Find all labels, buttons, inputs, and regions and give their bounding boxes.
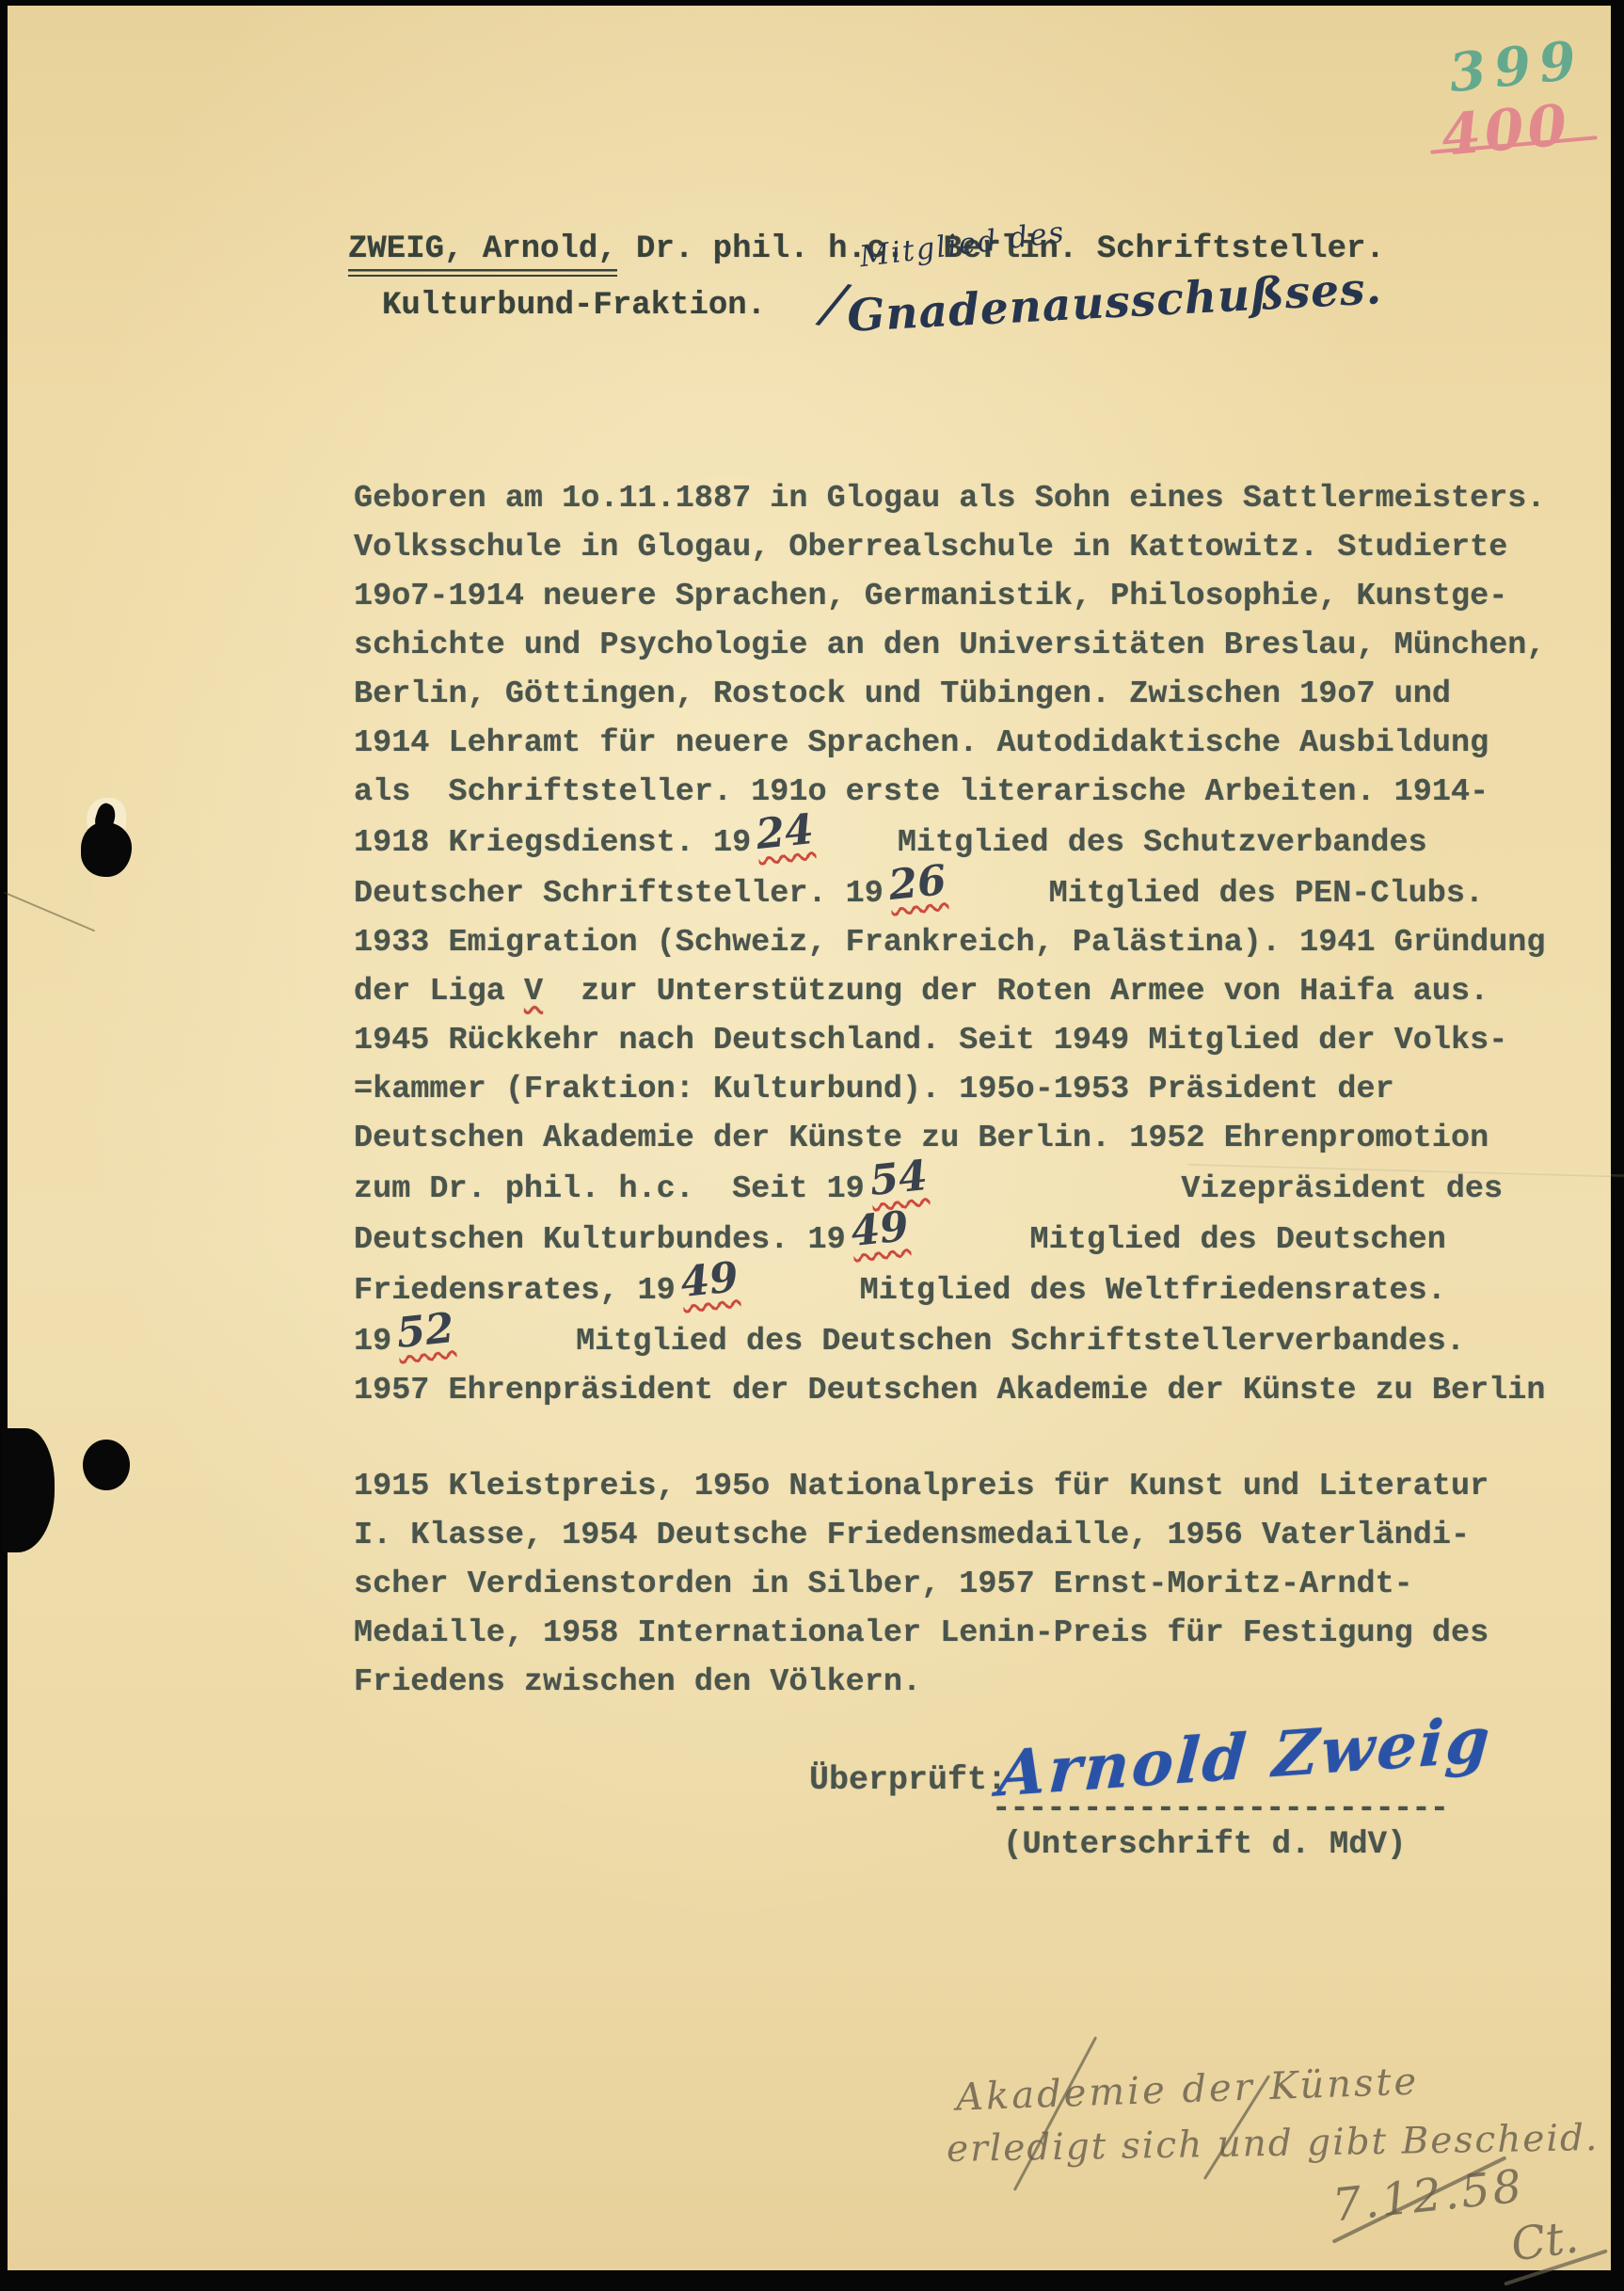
typed-line: 1915 Kleistpreis, 195o Nationalpreis für…	[354, 1462, 1489, 1511]
edge-ink-blob	[2, 1428, 55, 1552]
typed-line: Friedens zwischen den Völkern.	[354, 1658, 1489, 1707]
typed-line: 1933 Emigration (Schweiz, Frankreich, Pa…	[354, 918, 1546, 967]
scanned-document: 399 400 ZWEIG, Arnold, Dr. phil. h.c. Be…	[0, 0, 1624, 2291]
typed-text: scher Verdienstorden in Silber, 1957 Ern…	[354, 1567, 1413, 1602]
typed-text: Mitglied des PEN-Clubs.	[954, 876, 1484, 912]
typed-text: 19o7-1914 neuere Sprachen, Germanistik, …	[354, 579, 1507, 614]
punch-hole	[81, 822, 132, 877]
typed-text: Volksschule in Glogau, Oberrealschule in…	[354, 530, 1507, 565]
typed-text: Friedens zwischen den Völkern.	[354, 1664, 921, 1700]
typed-text: zum Dr. phil. h.c. Seit 19	[354, 1171, 865, 1207]
handwritten-year: 49	[849, 1206, 910, 1253]
typed-text: 19	[354, 1324, 391, 1360]
handwritten-year: 54	[868, 1155, 929, 1202]
typed-text: schichte und Psychologie an den Universi…	[354, 628, 1546, 663]
emphasized-letter: V	[524, 974, 543, 1010]
annotation-caret: /	[818, 270, 850, 339]
typed-text: Mitglied des Deutschen	[916, 1222, 1446, 1258]
typed-line: zum Dr. phil. h.c. Seit 1954 Vizepräside…	[354, 1163, 1546, 1214]
typed-line: Berlin, Göttingen, Rostock und Tübingen.…	[354, 670, 1546, 719]
typed-text: Vizepräsident des	[935, 1171, 1503, 1207]
typed-text: 1945 Rückkehr nach Deutschland. Seit 194…	[354, 1023, 1507, 1058]
typed-line: scher Verdienstorden in Silber, 1957 Ern…	[354, 1560, 1489, 1609]
signature-caption: (Unterschrift d. MdV)	[1003, 1827, 1406, 1863]
typed-line: schichte und Psychologie an den Universi…	[354, 621, 1546, 670]
annotation-large-text: Gnadenausschußses.	[846, 263, 1383, 342]
typed-line: 1914 Lehramt für neuere Sprachen. Autodi…	[354, 719, 1546, 768]
typed-text: Berlin, Göttingen, Rostock und Tübingen.…	[354, 676, 1451, 712]
typed-text: Mitglied des Weltfriedensrates.	[746, 1273, 1446, 1309]
paper-crack	[4, 892, 95, 932]
typed-line: 19o7-1914 neuere Sprachen, Germanistik, …	[354, 572, 1546, 621]
typed-line: Deutschen Kulturbundes. 1949 Mitglied de…	[354, 1214, 1546, 1265]
typed-line: Medaille, 1958 Internationaler Lenin-Pre…	[354, 1609, 1489, 1658]
typed-line: als Schriftsteller. 191o erste literaris…	[354, 768, 1546, 817]
typed-line: der Liga V zur Unterstützung der Roten A…	[354, 967, 1546, 1016]
typed-line: I. Klasse, 1954 Deutsche Friedensmedaill…	[354, 1511, 1489, 1560]
punch-hole	[83, 1440, 130, 1490]
typed-line: Volksschule in Glogau, Oberrealschule in…	[354, 523, 1546, 572]
typed-text: 1933 Emigration (Schweiz, Frankreich, Pa…	[354, 925, 1546, 961]
typed-text: 1914 Lehramt für neuere Sprachen. Autodi…	[354, 725, 1489, 761]
typed-text: =kammer (Fraktion: Kulturbund). 195o-195…	[354, 1072, 1394, 1107]
typed-line: 1945 Rückkehr nach Deutschland. Seit 194…	[354, 1016, 1546, 1065]
typed-text: I. Klasse, 1954 Deutsche Friedensmedaill…	[354, 1518, 1470, 1553]
typed-text: Mitglied des Schutzverbandes	[821, 825, 1426, 861]
typed-line: Friedensrates, 1949 Mitglied des Weltfri…	[354, 1265, 1546, 1315]
typed-line: Geboren am 1o.11.1887 in Glogau als Sohn…	[354, 474, 1546, 523]
typed-text: Deutscher Schriftsteller. 19	[354, 876, 884, 912]
paper: 399 400 ZWEIG, Arnold, Dr. phil. h.c. Be…	[8, 6, 1611, 2270]
typed-line: Deutschen Akademie der Künste zu Berlin.…	[354, 1114, 1546, 1163]
typed-text: zur Unterstützung der Roten Armee von Ha…	[543, 974, 1489, 1010]
typed-text: Geboren am 1o.11.1887 in Glogau als Sohn…	[354, 481, 1546, 517]
typed-text: 1957 Ehrenpräsident der Deutschen Akadem…	[354, 1373, 1546, 1408]
typed-text: Friedensrates, 19	[354, 1273, 676, 1309]
typed-text: 1915 Kleistpreis, 195o Nationalpreis für…	[354, 1469, 1489, 1504]
typed-text: der Liga	[354, 974, 524, 1010]
pencil-note-line1: Akademie der Künste	[955, 2060, 1420, 2119]
typed-text: Medaille, 1958 Internationaler Lenin-Pre…	[354, 1615, 1489, 1651]
typed-line: 1952 Mitglied des Deutschen Schriftstell…	[354, 1315, 1546, 1366]
typed-text: Deutschen Kulturbundes. 19	[354, 1222, 846, 1258]
person-name: ZWEIG, Arnold,	[348, 231, 617, 277]
faction-line: Kulturbund-Fraktion.	[382, 288, 766, 324]
awards-paragraph: 1915 Kleistpreis, 195o Nationalpreis für…	[354, 1462, 1489, 1707]
verified-label: Überprüft:	[809, 1761, 1007, 1799]
typed-text: als Schriftsteller. 191o erste literaris…	[354, 774, 1489, 810]
page-number-pink: 400	[1439, 92, 1573, 169]
handwritten-year: 24	[755, 809, 816, 856]
typed-line: =kammer (Fraktion: Kulturbund). 195o-195…	[354, 1065, 1546, 1114]
typed-line: 1918 Kriegsdienst. 1924 Mitglied des Sch…	[354, 817, 1546, 867]
typed-text: Mitglied des Deutschen Schriftstellerver…	[462, 1324, 1464, 1360]
typed-line: 1957 Ehrenpräsident der Deutschen Akadem…	[354, 1366, 1546, 1415]
typed-text: 1918 Kriegsdienst. 19	[354, 825, 751, 861]
handwritten-year: 49	[678, 1257, 740, 1304]
signature-rule: -------------------------	[992, 1791, 1448, 1827]
typed-line: Deutscher Schriftsteller. 1926 Mitglied …	[354, 867, 1546, 918]
biography-paragraph: Geboren am 1o.11.1887 in Glogau als Sohn…	[354, 474, 1546, 1415]
handwritten-year: 52	[395, 1308, 456, 1355]
handwritten-year: 26	[886, 860, 947, 907]
